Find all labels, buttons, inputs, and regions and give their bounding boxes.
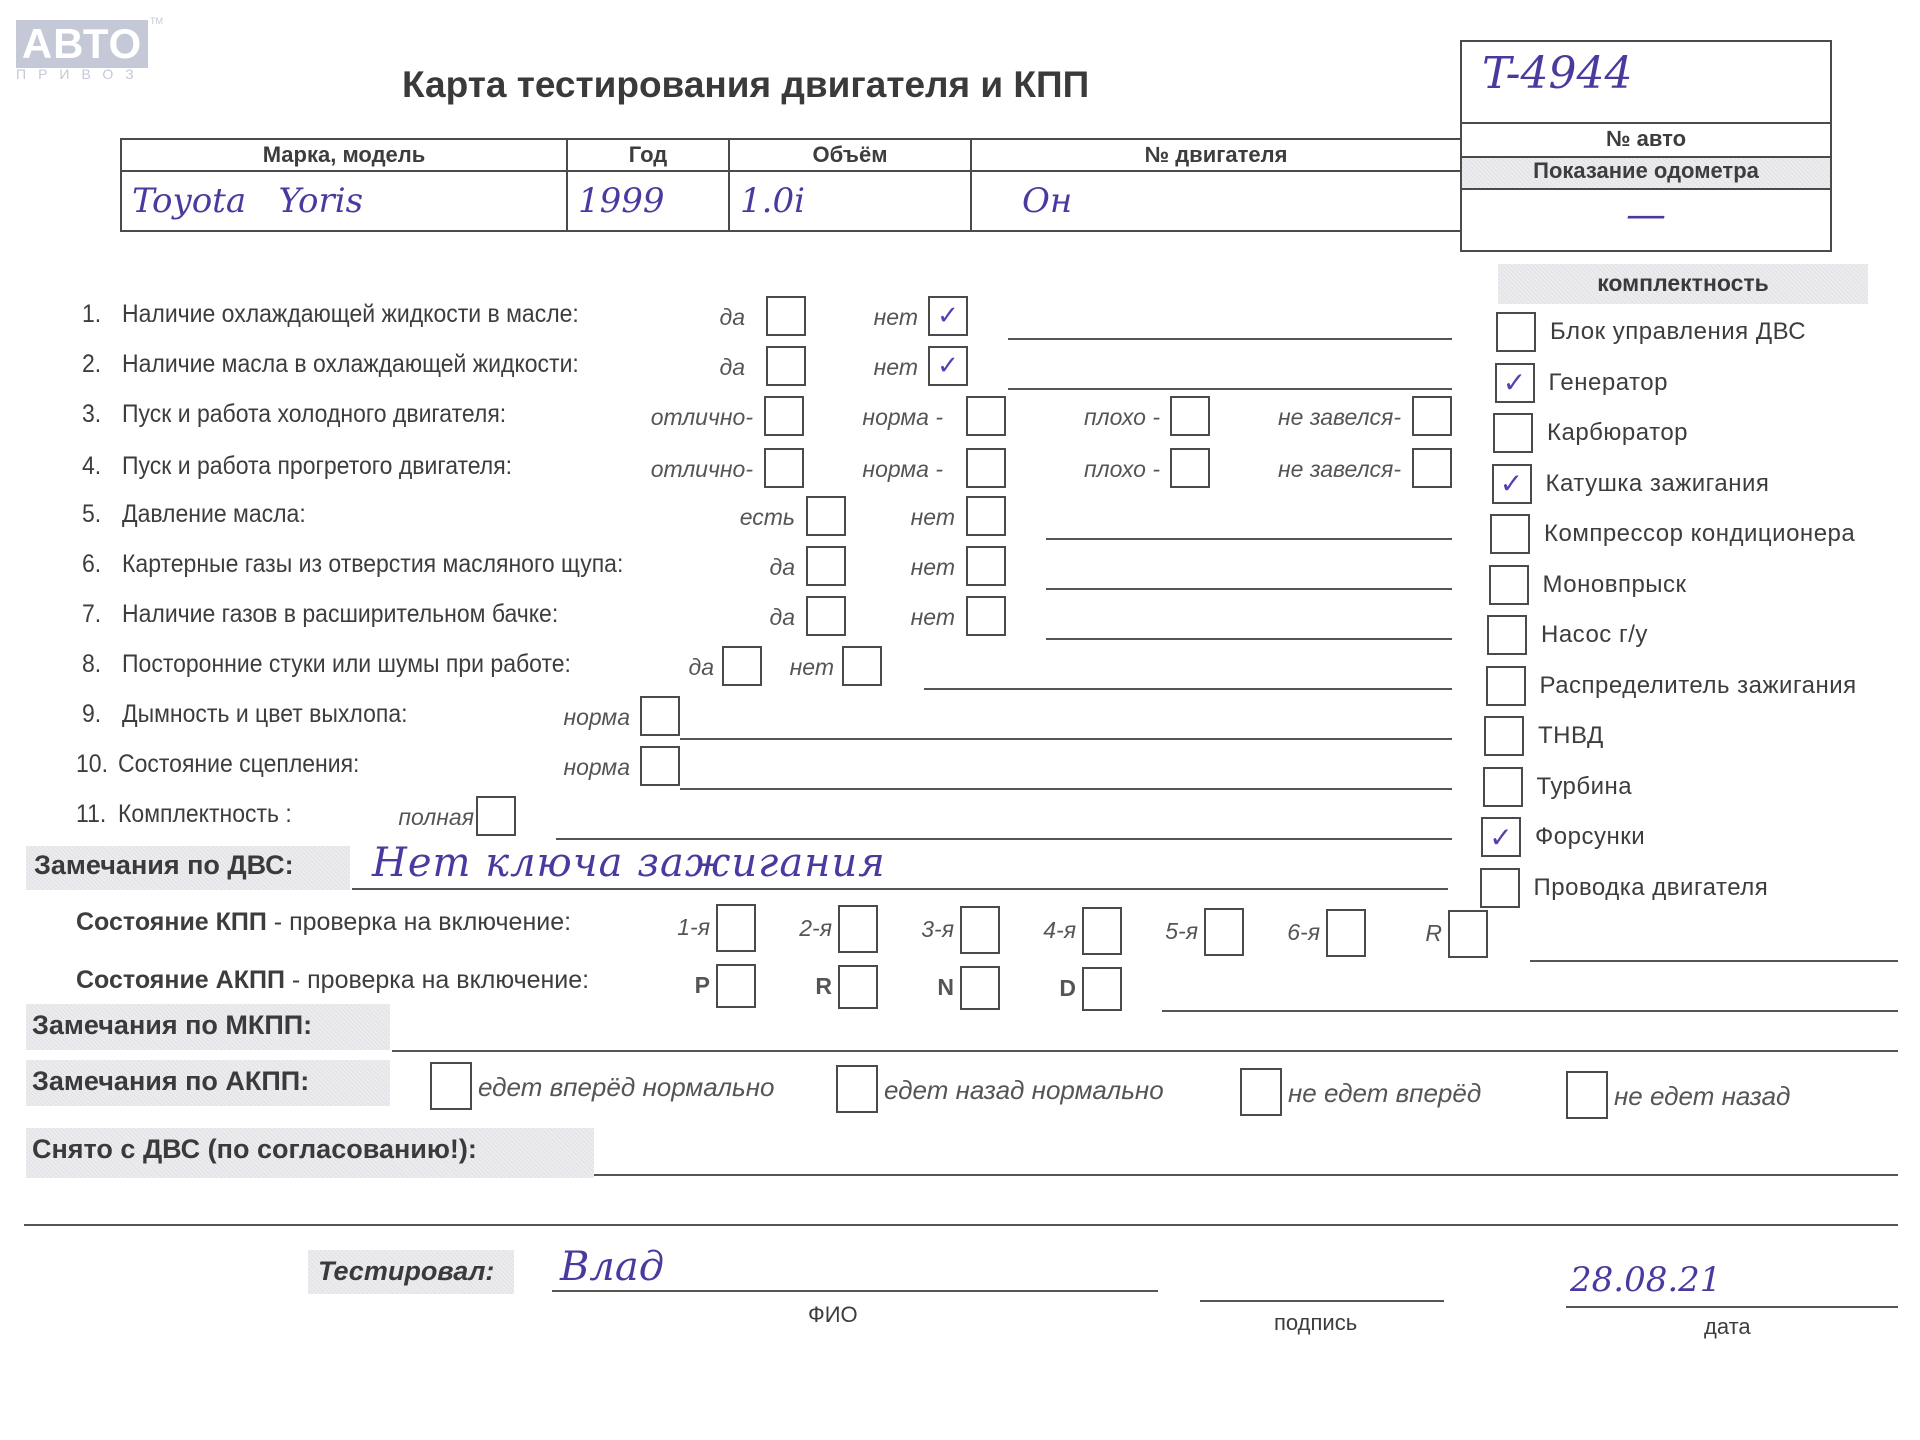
gear-label: 6-я xyxy=(1256,919,1320,946)
signature-caption: подпись xyxy=(1274,1310,1357,1336)
komplekt-label: Катушка зажигания xyxy=(1546,470,1770,498)
gear-label: P xyxy=(676,972,710,999)
option-label: отлично- xyxy=(533,456,753,483)
remarks-engine-label: Замечания по ДВС: xyxy=(34,850,294,881)
gear-checkbox[interactable] xyxy=(1204,908,1244,956)
komplekt-label: Моновпрыск xyxy=(1543,571,1687,599)
logo-subtitle: ПРИВОЗ xyxy=(16,66,156,82)
gear-label: R xyxy=(1378,920,1442,947)
option-checkbox[interactable] xyxy=(1412,396,1452,436)
checkmark-icon: ✓ xyxy=(930,348,966,384)
option-label: нет xyxy=(735,504,955,531)
gear-checkbox[interactable] xyxy=(838,905,878,953)
question-text: Пуск и работа прогретого двигателя: xyxy=(122,452,512,481)
gear-checkbox[interactable] xyxy=(716,964,756,1008)
logo: АВТО xyxy=(16,20,148,68)
komplekt-label: Карбюратор xyxy=(1547,419,1688,447)
column-header-make-model: Марка, модель xyxy=(121,139,567,171)
option-label: не завелся- xyxy=(1181,404,1401,431)
komplekt-checkbox[interactable]: ✓ xyxy=(1492,464,1532,504)
option-label: нет xyxy=(735,554,955,581)
question-text: Состояние сцепления: xyxy=(118,750,359,779)
notes-line[interactable] xyxy=(1046,588,1452,590)
column-header-volume: Объём xyxy=(729,139,971,171)
komplekt-label: Насос г/у xyxy=(1541,621,1648,649)
akpp-remark-label: не едет вперёд xyxy=(1288,1078,1481,1109)
removed-label: Снято с ДВС (по согласованию!): xyxy=(32,1134,477,1165)
engine-number-field[interactable]: Он xyxy=(971,171,1461,231)
question-number: 2. xyxy=(82,350,101,379)
akpp-remark-checkbox[interactable] xyxy=(836,1065,878,1113)
gear-label: D xyxy=(1042,975,1076,1002)
option-checkbox[interactable] xyxy=(1412,448,1452,488)
komplekt-checkbox[interactable] xyxy=(1487,615,1527,655)
komplekt-label: Генератор xyxy=(1549,369,1668,397)
option-checkbox[interactable]: ✓ xyxy=(928,346,968,386)
gear-label: 4-я xyxy=(1012,917,1076,944)
notes-line[interactable] xyxy=(1008,388,1452,390)
question-number: 6. xyxy=(82,550,101,579)
remarks-engine-field[interactable]: Нет ключа зажигания xyxy=(372,840,886,886)
kpp-label: Состояние КПП - проверка на включение: xyxy=(76,908,571,937)
gear-checkbox[interactable] xyxy=(1082,967,1122,1011)
question-number: 8. xyxy=(82,650,101,679)
tested-by-label: Тестировал: xyxy=(318,1256,494,1287)
option-label: отлично- xyxy=(533,404,753,431)
komplekt-label: Блок управления ДВС xyxy=(1550,318,1806,346)
checkmark-icon: ✓ xyxy=(1497,365,1533,401)
option-checkbox[interactable] xyxy=(966,546,1006,586)
akpp-remark-checkbox[interactable] xyxy=(430,1062,472,1110)
option-checkbox[interactable] xyxy=(966,496,1006,536)
option-label: нет xyxy=(698,354,918,381)
komplekt-title: комплектность xyxy=(1498,270,1868,297)
question-text: Картерные газы из отверстия масляного щу… xyxy=(122,550,623,579)
volume-field[interactable]: 1.0i xyxy=(729,171,971,231)
gear-checkbox[interactable] xyxy=(1448,910,1488,958)
page-title: Карта тестирования двигателя и КПП xyxy=(402,64,1089,106)
notes-line[interactable] xyxy=(1046,638,1452,640)
question-text: Давление масла: xyxy=(122,500,306,529)
remarks-akpp-label: Замечания по АКПП: xyxy=(32,1066,309,1097)
gear-label: 5-я xyxy=(1134,918,1198,945)
column-header-year: Год xyxy=(567,139,729,171)
auto-number-label: № авто xyxy=(1462,126,1830,152)
option-label: нет xyxy=(614,654,834,681)
option-checkbox[interactable] xyxy=(966,596,1006,636)
question-number: 10. xyxy=(76,750,108,779)
komplekt-checkbox[interactable] xyxy=(1484,716,1524,756)
komplekt-label: Компрессор кондиционера xyxy=(1544,520,1855,548)
odometer-label: Показание одометра xyxy=(1462,158,1830,184)
auto-number-field[interactable]: T-4944 xyxy=(1482,48,1633,99)
notes-line[interactable] xyxy=(1046,538,1452,540)
make-model-field[interactable]: Toyota Yoris xyxy=(121,171,567,231)
checkmark-icon: ✓ xyxy=(1494,466,1530,502)
komplekt-checkbox[interactable] xyxy=(1493,413,1533,453)
question-text: Наличие масла в охлаждающей жидкости: xyxy=(122,350,579,379)
gear-checkbox[interactable] xyxy=(960,906,1000,954)
option-checkbox[interactable] xyxy=(476,796,516,836)
year-field[interactable]: 1999 xyxy=(567,171,729,231)
option-checkbox[interactable] xyxy=(640,746,680,786)
akpp-remark-label: едет назад нормально xyxy=(884,1075,1164,1106)
gear-label: 2-я xyxy=(768,915,832,942)
komplekt-label: Турбина xyxy=(1537,773,1633,801)
question-number: 3. xyxy=(82,400,101,429)
vehicle-info-table: Марка, модель Год Объём № двигателя Toyo… xyxy=(120,138,1462,232)
komplekt-label: Проводка двигателя xyxy=(1534,874,1769,902)
auto-number-box: T-4944 № авто Показание одометра — xyxy=(1460,40,1832,252)
komplekt-checkbox[interactable] xyxy=(1483,767,1523,807)
gear-label: 3-я xyxy=(890,916,954,943)
tester-name-field[interactable]: Влад xyxy=(560,1244,664,1290)
date-caption: дата xyxy=(1704,1314,1751,1340)
komplekt-checkbox[interactable]: ✓ xyxy=(1495,363,1535,403)
option-label: норма - xyxy=(723,456,943,483)
komplekt-label: Форсунки xyxy=(1535,823,1645,851)
question-number: 1. xyxy=(82,300,101,329)
remarks-mkpp-label: Замечания по МКПП: xyxy=(32,1010,312,1041)
option-checkbox[interactable] xyxy=(842,646,882,686)
notes-line[interactable] xyxy=(1008,338,1452,340)
gear-label: 1-я xyxy=(646,914,710,941)
odometer-field[interactable]: — xyxy=(1462,192,1830,238)
column-header-engine-number: № двигателя xyxy=(971,139,1461,171)
question-number: 7. xyxy=(82,600,101,629)
option-label: норма xyxy=(410,704,630,731)
gear-checkbox[interactable] xyxy=(716,904,756,952)
gear-label: N xyxy=(920,974,954,1001)
gear-checkbox[interactable] xyxy=(838,965,878,1009)
question-number: 9. xyxy=(82,700,101,729)
option-label: полная xyxy=(254,804,474,831)
komplekt-label: Распределитель зажигания xyxy=(1540,672,1857,700)
akpp-remark-label: не едет назад xyxy=(1614,1081,1790,1112)
option-label: норма - xyxy=(723,404,943,431)
question-text: Наличие газов в расширительном бачке: xyxy=(122,600,558,629)
gear-checkbox[interactable] xyxy=(960,966,1000,1010)
question-number: 11. xyxy=(76,800,106,829)
question-number: 5. xyxy=(82,500,101,529)
akpp-remark-checkbox[interactable] xyxy=(1566,1071,1608,1119)
komplekt-label: ТНВД xyxy=(1538,722,1604,750)
option-label: плохо - xyxy=(940,404,1160,431)
akpp-remark-checkbox[interactable] xyxy=(1240,1068,1282,1116)
notes-line[interactable] xyxy=(680,788,1452,790)
date-field[interactable]: 28.08.21 xyxy=(1570,1260,1721,1300)
name-caption: ФИО xyxy=(808,1302,858,1328)
logo-trademark: TM xyxy=(150,16,163,26)
question-text: Дымность и цвет выхлопа: xyxy=(122,700,408,729)
komplekt-checkbox[interactable] xyxy=(1490,514,1530,554)
komplekt-checkbox[interactable] xyxy=(1496,312,1536,352)
komplekt-checkbox[interactable]: ✓ xyxy=(1481,817,1521,857)
option-checkbox[interactable]: ✓ xyxy=(928,296,968,336)
option-label: нет xyxy=(698,304,918,331)
question-text: Наличие охлаждающей жидкости в масле: xyxy=(122,300,579,329)
question-text: Пуск и работа холодного двигателя: xyxy=(122,400,506,429)
option-checkbox[interactable] xyxy=(640,696,680,736)
komplekt-checkbox[interactable] xyxy=(1489,565,1529,605)
akpp-remark-label: едет вперёд нормально xyxy=(478,1072,774,1103)
gear-checkbox[interactable] xyxy=(1082,907,1122,955)
question-number: 4. xyxy=(82,452,101,481)
gear-label: R xyxy=(798,973,832,1000)
notes-line[interactable] xyxy=(680,738,1452,740)
option-label: норма xyxy=(410,754,630,781)
notes-line[interactable] xyxy=(924,688,1452,690)
checkmark-icon: ✓ xyxy=(930,298,966,334)
option-label: плохо - xyxy=(940,456,1160,483)
checkmark-icon: ✓ xyxy=(1483,819,1519,855)
option-label: нет xyxy=(735,604,955,631)
akpp-label: Состояние АКПП - проверка на включение: xyxy=(76,966,589,995)
komplekt-checkbox[interactable] xyxy=(1486,666,1526,706)
gear-checkbox[interactable] xyxy=(1326,909,1366,957)
option-label: не завелся- xyxy=(1181,456,1401,483)
komplekt-checkbox[interactable] xyxy=(1480,868,1520,908)
